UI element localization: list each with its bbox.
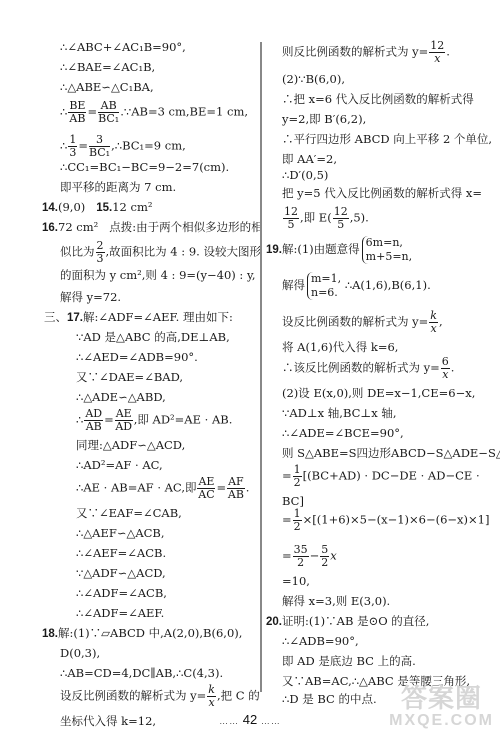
equation-system: 6m=n,m+5=n, [362,236,412,264]
fraction: ADAB [84,408,103,433]
answer-20-heading: 20.证明:(1)∵AB 是⊙O 的直径, [266,614,429,629]
question-number: 20. [266,616,282,628]
text-line: ∴∠ABC+∠AC₁B=90°, [60,40,186,54]
fraction: 3BC₁ [89,134,110,159]
page-number-value: 42 [243,712,257,727]
fraction-line: =12×[(1+6)×5−(x−1)×6−(6−x)×1] [282,508,489,533]
text-line: ∴CC₁=BC₁−BC=9−2=7(cm). [60,160,229,174]
answer-page: ∴∠ABC+∠AC₁B=90°, ∴∠BAE=∠AC₁B, ∴△ABE∽△C₁B… [0,0,500,736]
text-line: ∴△AEF∽△ACB, [76,526,165,540]
fraction: 23 [96,240,105,265]
text-line: 的面积为 y cm²,则 4 : 9=(y−40) : y, [60,268,256,282]
text-line: 解得 y=72. [60,290,121,304]
question-number: 17. [67,312,83,324]
question-number: 15. [96,202,112,214]
fraction-line: 125,即 E(125,5). [282,206,369,231]
text-line: ∴平行四边形 ABCD 向上平移 2 个单位, [282,132,492,146]
answer-19-heading: 19.解:(1)由题意得6m=n,m+5=n, [266,236,412,264]
text: ∴ [60,105,67,119]
question-number: 18. [42,628,58,640]
text-line: 即 AA′=2, [282,152,337,166]
text-line: ∴∠AEF=∠ACB. [76,546,166,560]
text-line: ∴AD²=AF · AC, [76,458,163,472]
fraction: AEAD [115,408,133,433]
fraction: 125 [333,206,349,231]
text-line: BC] [282,494,304,508]
fraction: BEAB [68,100,86,125]
fraction-line: 似比为23,故面积比为 4 : 9. 设较大图形 [60,240,261,265]
fraction-line: 设反比例函数的解析式为 y=kx,把 C 的 [60,684,260,709]
fraction-line: ∴ADAB=AEAD,即 AD²=AE · AB. [76,408,232,433]
fraction-line: ∴该反比例函数的解析式为 y=6x. [282,356,454,381]
answer-17-heading: 三、17.解:∠ADF=∠AEF. 理由如下: [44,310,233,325]
text-line: ∵△ADF∽△ACD, [76,566,166,580]
solution-line: 解得m=1,n=6. ∴A(1,6),B(6,1). [282,272,431,300]
fraction-line: ∴13=3BC₁,∴BC₁=9 cm, [60,134,186,159]
text-line: ∴△ABE∽△C₁BA, [60,80,154,94]
answer-18-heading: 18.解:(1)∵▱ABCD 中,A(2,0),B(6,0), [42,626,242,641]
fraction: kx [429,310,438,335]
text-line: 把 y=5 代入反比例函数的解析式得 x= [282,186,482,200]
text-line: D(0,3), [60,646,100,660]
fraction-line: 则反比例函数的解析式为 y=12x. [282,40,450,65]
column-divider [260,42,262,692]
text-line: ∴∠ADF=∠ACB, [76,586,167,600]
text-line: 同理:△ADF∽△ACD, [76,438,185,452]
text-line: =10, [282,574,310,588]
text-line: 又∵∠EAF=∠CAB, [76,506,182,520]
text-line: y=2,即 B′(6,2), [282,112,366,126]
answer-14-15: 14.(9,0) 15.12 cm² [42,200,152,215]
text-line: ∴∠ADE=∠BCE=90°, [282,426,404,440]
fraction: 12x [429,40,445,65]
text-line: 即 AD 是底边 BC 上的高. [282,654,416,668]
text-line: ∴∠ADB=90°, [282,634,359,648]
text-line: ∵AD⊥x 轴,BC⊥x 轴, [282,406,397,420]
answer-16: 16.72 cm² 点拨:由于两个相似多边形的相 [42,220,263,235]
text-line: ∵AD 是△ABC 的高,DE⊥AB, [76,330,230,344]
text-line: 即平移的距离为 7 cm. [60,180,176,194]
text-line: (2)设 E(x,0),则 DE=x−1,CE=6−x, [282,386,475,400]
fraction: ABBC₁ [98,100,119,125]
fraction: AEAC [197,476,215,501]
text-line: 则 S△ABE=S四边形ABCD−S△ADE−S△BCE [282,446,500,460]
fraction-line: ∴BEAB=ABBC₁.∵AB=3 cm,BE=1 cm, [60,100,248,125]
text-line: 解得 x=3,则 E(3,0). [282,594,390,608]
fraction: 12 [293,508,302,533]
fraction-line: =12[(BC+AD) · DC−DE · AD−CE · [282,464,480,489]
fraction: AFAB [227,476,245,501]
question-number: 16. [42,222,58,234]
text-line: 将 A(1,6)代入得 k=6, [282,340,398,354]
question-number: 14. [42,202,58,214]
equation-system: m=1,n=6. [307,272,341,300]
text-line: ∴∠ADF=∠AEF. [76,606,164,620]
text-line: ∴△ADE∽△ABD, [76,390,166,404]
fraction: 6x [441,356,450,381]
fraction-line: =352−52x [282,544,337,569]
fraction: 13 [68,134,77,159]
text-line: 又∵∠DAE=∠BAD, [76,370,183,384]
text-line: ∴D 是 BC 的中点. [282,692,377,706]
fraction: 12 [293,464,302,489]
text-line: (2)∵B(6,0), [282,72,345,86]
fraction-line: ∴AE · AB=AF · AC,即AEAC=AFAB. [76,476,249,501]
text-line: ∴AB=CD=4,DC∥AB,∴C(4,3). [60,666,223,680]
fraction: 125 [283,206,299,231]
text-line: ∴∠AED=∠ADB=90°. [76,350,198,364]
question-number: 19. [266,244,282,256]
text-line: ∴把 x=6 代入反比例函数的解析式得 [282,92,474,106]
fraction: 352 [293,544,309,569]
fraction-line: 设反比例函数的解析式为 y=kx, [282,310,443,335]
fraction: kx [207,684,216,709]
text-line: ∴D′(0,5) [282,168,328,182]
watermark-logo: 答案圈 MXQE.COM [389,684,494,730]
fraction: 52 [320,544,329,569]
text-line: ∴∠BAE=∠AC₁B, [60,60,155,74]
